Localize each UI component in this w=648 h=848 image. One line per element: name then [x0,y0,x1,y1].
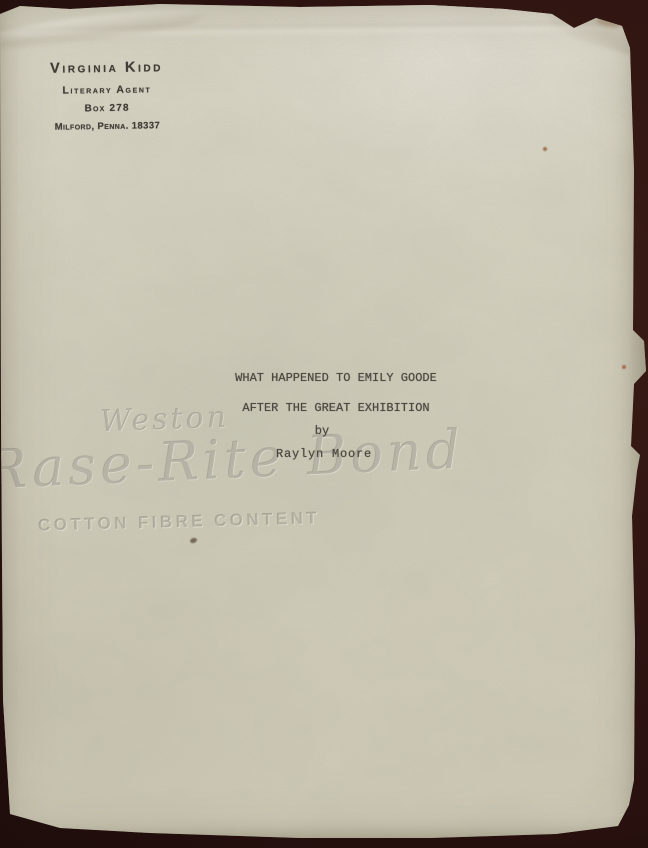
top-crease [0,21,648,39]
manuscript-title-line2: AFTER THE GREAT EXHIBITION [136,401,536,415]
letterhead-name: Virginia Kidd [34,59,180,77]
corner-smudge [595,15,622,29]
title-block: WHAT HAPPENED TO EMILY GOODE AFTER THE G… [136,371,536,461]
letterhead-role: Literary Agent [34,83,180,97]
top-left-fold [0,2,207,56]
rust-spot [542,146,548,152]
scanned-page-background: Weston Rase-Rite Bond COTTON FIBRE CONTE… [0,0,648,848]
letterhead: Virginia Kidd Literary Agent Box 278 Mil… [34,59,181,133]
letterhead-city-line: Milford, Penna. 18337 [34,120,180,133]
watermark-tagline: COTTON FIBRE CONTENT [38,508,321,535]
top-right-fold [541,0,648,66]
manuscript-paper: Weston Rase-Rite Bond COTTON FIBRE CONTE… [0,0,648,848]
manuscript-author: Raylyn Moore [124,447,524,461]
manuscript-byline: by [122,424,522,438]
manuscript-title-line1: WHAT HAPPENED TO EMILY GOODE [136,371,536,385]
ink-speck [189,537,197,544]
letterhead-po-box: Box 278 [34,102,180,115]
edge-rust-dot [622,365,626,369]
